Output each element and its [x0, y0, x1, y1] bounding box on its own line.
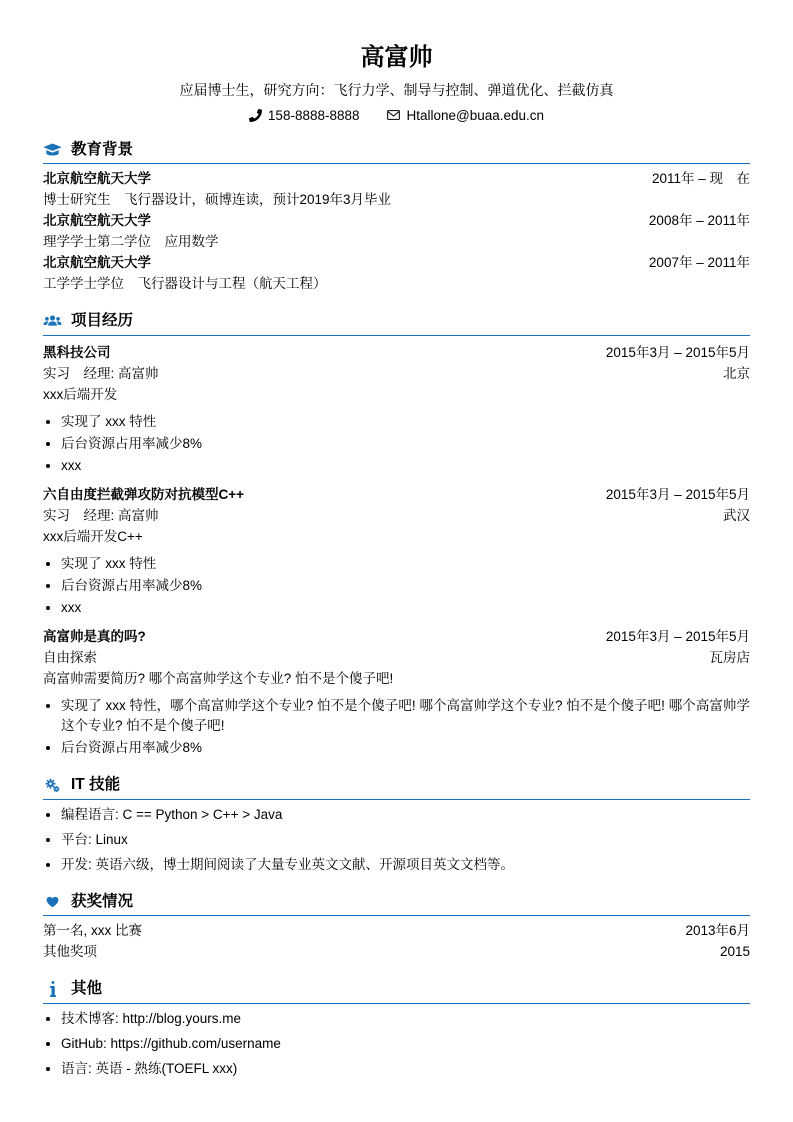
project-entries: 黑科技公司 2015年3月 – 2015年5月 实习 经理: 高富帅 北京 xx… [43, 342, 750, 758]
language-item: 语言: 英语 - 熟练(TOEFL xxx) [61, 1059, 750, 1079]
award-date: 2015 [708, 941, 750, 962]
award-date: 2013年6月 [673, 920, 750, 941]
education-detail: 博士研究生 飞行器设计，硕博连读，预计2019年3月毕业 [43, 189, 750, 210]
bullet-item: 后台资源占用率减少8% [61, 576, 750, 596]
users-icon [43, 314, 62, 329]
section-title: 获奖情况 [71, 893, 133, 912]
project-role: 自由探索 [43, 647, 97, 668]
section-education: 教育背景 北京航空航天大学 2011年 – 现 在 博士研究生 飞行器设计，硕博… [43, 141, 750, 295]
project-role: 实习 经理: 高富帅 [43, 505, 159, 526]
project-role: 实习 经理: 高富帅 [43, 363, 159, 384]
bullet-item: 实现了 xxx 特性，哪个高富帅学这个专业? 怕不是个傻子吧! 哪个高富帅学这个… [61, 696, 750, 736]
section-title: 其他 [71, 980, 102, 999]
education-entry: 北京航空航天大学 2007年 – 2011年 [43, 252, 750, 273]
contact-line: 158-8888-8888 Htallone@buaa.edu.cn [43, 108, 750, 123]
school-name: 北京航空航天大学 [43, 210, 151, 231]
project-name: 高富帅是真的吗? [43, 626, 146, 647]
bullet-item: 实现了 xxx 特性 [61, 554, 750, 574]
project-title-row: 高富帅是真的吗? 2015年3月 – 2015年5月 [43, 626, 750, 647]
school-name: 北京航空航天大学 [43, 168, 151, 189]
heart-icon [43, 894, 62, 909]
blog-link-item: 技术博客: http://blog.yours.me [61, 1009, 750, 1029]
project-entry: 黑科技公司 2015年3月 – 2015年5月 实习 经理: 高富帅 北京 xx… [43, 342, 750, 476]
other-list: 技术博客: http://blog.yours.me GitHub: https… [43, 1009, 750, 1079]
project-title-row: 黑科技公司 2015年3月 – 2015年5月 [43, 342, 750, 363]
date-range: 2015年3月 – 2015年5月 [594, 342, 750, 363]
email-address: Htallone@buaa.edu.cn [407, 108, 545, 123]
date-range: 2011年 – 现 在 [640, 168, 750, 189]
section-awards: 获奖情况 第一名, xxx 比赛 2013年6月 其他奖项 2015 [43, 893, 750, 963]
resume-page: 高富帅 应届博士生，研究方向：飞行力学、制导与控制、弹道优化、拦截仿真 158-… [0, 0, 793, 1079]
github-link-item: GitHub: https://github.com/username [61, 1034, 750, 1054]
phone-contact: 158-8888-8888 [249, 108, 360, 123]
projects-header: 项目经历 [43, 312, 750, 331]
project-summary: 高富帅需要简历? 哪个高富帅学这个专业? 怕不是个傻子吧! [43, 668, 750, 689]
project-location: 北京 [711, 363, 750, 384]
section-rule [43, 799, 750, 800]
section-rule [43, 915, 750, 916]
skill-item: 开发: 英语六级，博士期间阅读了大量专业英文文献、开源项目英文文档等。 [61, 855, 750, 875]
project-entry: 高富帅是真的吗? 2015年3月 – 2015年5月 自由探索 瓦房店 高富帅需… [43, 626, 750, 758]
section-rule [43, 1003, 750, 1004]
skills-header: IT 技能 [43, 776, 750, 795]
degree-detail: 博士研究生 飞行器设计，硕博连读，预计2019年3月毕业 [43, 189, 391, 210]
skill-item: 平台: Linux [61, 830, 750, 850]
date-range: 2008年 – 2011年 [637, 210, 750, 231]
section-title: 教育背景 [71, 141, 133, 160]
resume-header: 高富帅 应届博士生，研究方向：飞行力学、制导与控制、弹道优化、拦截仿真 158-… [43, 44, 750, 123]
award-name: 第一名, xxx 比赛 [43, 920, 142, 941]
section-rule [43, 335, 750, 336]
degree-detail: 理学学士第二学位 应用数学 [43, 231, 219, 252]
project-location: 瓦房店 [698, 647, 751, 668]
award-entry: 其他奖项 2015 [43, 941, 750, 962]
bullet-item: 实现了 xxx 特性 [61, 412, 750, 432]
info-icon [43, 981, 62, 997]
award-entry: 第一名, xxx 比赛 2013年6月 [43, 920, 750, 941]
project-role-row: 实习 经理: 高富帅 北京 [43, 363, 750, 384]
project-name: 黑科技公司 [43, 342, 111, 363]
date-range: 2007年 – 2011年 [637, 252, 750, 273]
phone-number: 158-8888-8888 [268, 108, 360, 123]
email-contact: Htallone@buaa.edu.cn [386, 108, 545, 123]
bullet-item: xxx [61, 456, 750, 476]
project-entry: 六自由度拦截弹攻防对抗模型C++ 2015年3月 – 2015年5月 实习 经理… [43, 484, 750, 618]
other-header: 其他 [43, 980, 750, 999]
envelope-icon [386, 108, 401, 122]
candidate-name: 高富帅 [43, 44, 750, 72]
date-range: 2015年3月 – 2015年5月 [594, 626, 750, 647]
section-skills: IT 技能 编程语言: C == Python > C++ > Java 平台:… [43, 776, 750, 875]
phone-icon [249, 109, 262, 122]
education-detail: 工学学士学位 飞行器设计与工程（航天工程） [43, 273, 750, 294]
education-entry: 北京航空航天大学 2011年 – 现 在 [43, 168, 750, 189]
project-role-row: 实习 经理: 高富帅 武汉 [43, 505, 750, 526]
project-location: 武汉 [711, 505, 750, 526]
candidate-summary: 应届博士生，研究方向：飞行力学、制导与控制、弹道优化、拦截仿真 [43, 81, 750, 99]
bullet-item: 后台资源占用率减少8% [61, 738, 750, 758]
project-role-row: 自由探索 瓦房店 [43, 647, 750, 668]
graduation-cap-icon [43, 142, 62, 158]
degree-detail: 工学学士学位 飞行器设计与工程（航天工程） [43, 273, 327, 294]
education-header: 教育背景 [43, 141, 750, 160]
section-projects: 项目经历 黑科技公司 2015年3月 – 2015年5月 实习 经理: 高富帅 … [43, 312, 750, 758]
bullet-item: xxx [61, 598, 750, 618]
school-name: 北京航空航天大学 [43, 252, 151, 273]
education-detail: 理学学士第二学位 应用数学 [43, 231, 750, 252]
skills-list: 编程语言: C == Python > C++ > Java 平台: Linux… [43, 805, 750, 875]
project-bullets: 实现了 xxx 特性，哪个高富帅学这个专业? 怕不是个傻子吧! 哪个高富帅学这个… [43, 696, 750, 758]
education-entries: 北京航空航天大学 2011年 – 现 在 博士研究生 飞行器设计，硕博连读，预计… [43, 168, 750, 294]
project-bullets: 实现了 xxx 特性 后台资源占用率减少8% xxx [43, 554, 750, 618]
gears-icon [43, 777, 62, 793]
education-entry: 北京航空航天大学 2008年 – 2011年 [43, 210, 750, 231]
skill-item: 编程语言: C == Python > C++ > Java [61, 805, 750, 825]
date-range: 2015年3月 – 2015年5月 [594, 484, 750, 505]
project-name: 六自由度拦截弹攻防对抗模型C++ [43, 484, 244, 505]
award-entries: 第一名, xxx 比赛 2013年6月 其他奖项 2015 [43, 920, 750, 962]
project-summary: xxx后端开发 [43, 384, 750, 405]
project-summary: xxx后端开发C++ [43, 526, 750, 547]
bullet-item: 后台资源占用率减少8% [61, 434, 750, 454]
awards-header: 获奖情况 [43, 893, 750, 912]
section-title: 项目经历 [71, 312, 133, 331]
section-other: 其他 技术博客: http://blog.yours.me GitHub: ht… [43, 980, 750, 1079]
section-rule [43, 163, 750, 164]
project-bullets: 实现了 xxx 特性 后台资源占用率减少8% xxx [43, 412, 750, 476]
project-title-row: 六自由度拦截弹攻防对抗模型C++ 2015年3月 – 2015年5月 [43, 484, 750, 505]
award-name: 其他奖项 [43, 941, 97, 962]
section-title: IT 技能 [71, 776, 120, 795]
